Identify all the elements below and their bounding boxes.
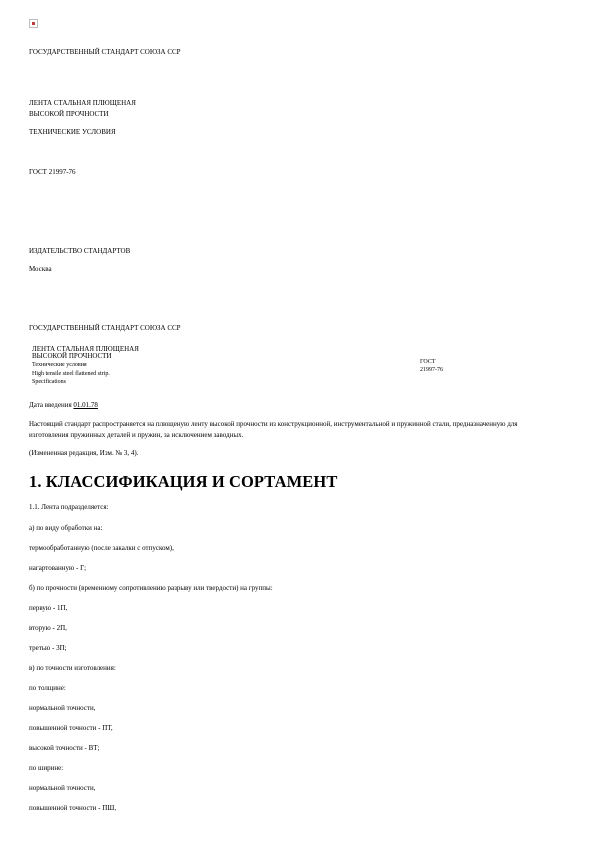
header-gost-number: 21997-76 — [420, 367, 443, 374]
list-item: б) по прочности (временному сопротивлени… — [29, 584, 273, 593]
header-subtitle-ru: Технические условия — [32, 362, 87, 369]
list-item: 1.1. Лента подразделяется: — [29, 503, 109, 512]
list-item: первую - 1П, — [29, 604, 67, 613]
list-item: третью - 3П; — [29, 644, 67, 653]
date-label: Дата введения — [29, 401, 72, 409]
header-subtitle-en: Specifications — [32, 379, 66, 386]
revision-note: (Измененная редакция, Изм. № 3, 4). — [29, 449, 138, 458]
header-org: ГОСУДАРСТВЕННЫЙ СТАНДАРТ СОЮЗА ССР — [29, 324, 181, 333]
header-title-line2: ВЫСОКОЙ ПРОЧНОСТИ — [32, 352, 112, 360]
cover-gost-code: ГОСТ 21997-76 — [29, 168, 76, 177]
cover-city: Москва — [29, 265, 52, 274]
list-item: по ширине: — [29, 764, 63, 773]
list-item: нормальной точности, — [29, 784, 96, 793]
list-item: по толщине: — [29, 684, 66, 693]
list-item: вторую - 2П, — [29, 624, 67, 633]
list-item: а) по виду обработки на: — [29, 524, 102, 533]
date-value: 01.01.78 — [73, 401, 98, 409]
cover-publisher: ИЗДАТЕЛЬСТВО СТАНДАРТОВ — [29, 247, 130, 256]
list-item: нагартованную - Г; — [29, 564, 86, 573]
list-item: повышенной точности - ПШ, — [29, 804, 116, 813]
cover-subtitle: ТЕХНИЧЕСКИЕ УСЛОВИЯ — [29, 128, 116, 137]
cover-title-line1: ЛЕНТА СТАЛЬНАЯ ПЛЮЩЕНАЯ — [29, 99, 136, 108]
header-gost-label: ГОСТ — [420, 359, 435, 366]
cover-org: ГОСУДАРСТВЕННЫЙ СТАНДАРТ СОЮЗА ССР — [29, 48, 181, 57]
list-item: в) по точности изготовления: — [29, 664, 116, 673]
header-title-en: High tensile steel flattened strip. — [32, 371, 110, 378]
list-item: термообработанную (после закалки с отпус… — [29, 544, 174, 553]
list-item: повышенной точности - ПТ, — [29, 724, 113, 733]
broken-image-icon — [29, 19, 38, 28]
cover-title-line2: ВЫСОКОЙ ПРОЧНОСТИ — [29, 110, 109, 119]
section-heading: 1. КЛАССИФИКАЦИЯ И СОРТАМЕНТ — [29, 472, 337, 492]
intro-date: Дата введения 01.01.78 — [29, 401, 98, 410]
scope-paragraph: Настоящий стандарт распространяется на п… — [29, 419, 554, 441]
list-item: нормальной точности, — [29, 704, 96, 713]
list-item: высокой точности - ВТ; — [29, 744, 99, 753]
